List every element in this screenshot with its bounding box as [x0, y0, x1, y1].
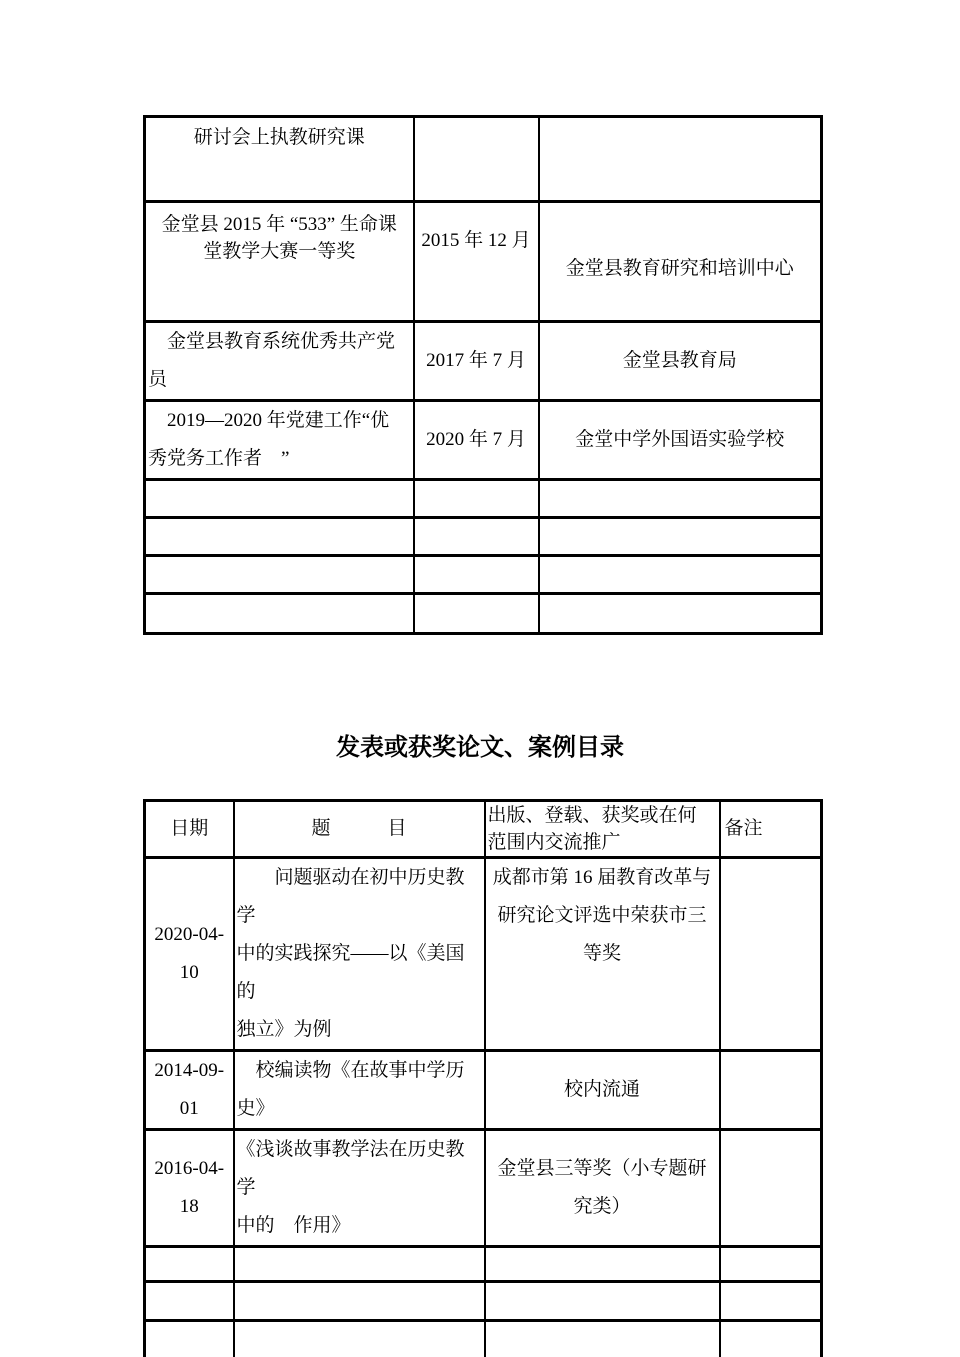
- award-name-cell: [145, 556, 414, 594]
- awards-empty-row: [145, 594, 822, 634]
- header-publication-cell: 出版、登载、获奖或在何 范围内交流推广: [485, 801, 720, 858]
- awards-row: 研讨会上执教研究课: [145, 117, 822, 202]
- paper-title-cell: [234, 1282, 485, 1321]
- paper-title-cell: [234, 1321, 485, 1357]
- award-name-cell: [145, 480, 414, 518]
- paper-date-cell: [145, 1247, 234, 1282]
- section-title: 发表或获奖论文、案例目录: [0, 731, 960, 765]
- paper-note-cell: [720, 1051, 822, 1130]
- papers-empty-row: [145, 1247, 822, 1282]
- award-org-cell: 金堂县教育局: [539, 322, 822, 401]
- award-date-cell: 2017 年 7 月: [414, 322, 539, 401]
- awards-row: 金堂县教育系统优秀共产党 员 2017 年 7 月 金堂县教育局: [145, 322, 822, 401]
- paper-date-cell: 2020-04- 10: [145, 858, 234, 1051]
- awards-row: 2019—2020 年党建工作“优 秀党务工作者 ” 2020 年 7 月 金堂…: [145, 401, 822, 480]
- awards-empty-row: [145, 480, 822, 518]
- awards-table: 研讨会上执教研究课 金堂县 2015 年 “533” 生命课 堂教学大赛一等奖 …: [143, 115, 823, 635]
- award-date-cell: [414, 556, 539, 594]
- awards-empty-row: [145, 556, 822, 594]
- awards-row: 金堂县 2015 年 “533” 生命课 堂教学大赛一等奖 2015 年 12 …: [145, 202, 822, 322]
- award-date-cell: [414, 518, 539, 556]
- papers-row: 2014-09- 01 校编读物《在故事中学历 史》 校内流通: [145, 1051, 822, 1130]
- header-note-cell: 备注: [720, 801, 822, 858]
- award-date-cell: 2015 年 12 月: [414, 202, 539, 322]
- document-page: 研讨会上执教研究课 金堂县 2015 年 “533” 生命课 堂教学大赛一等奖 …: [0, 0, 960, 1357]
- paper-date-cell: [145, 1321, 234, 1357]
- papers-empty-row: [145, 1321, 822, 1357]
- award-date-cell: [414, 480, 539, 518]
- papers-row: 2020-04- 10 问题驱动在初中历史教学 中的实践探究——以《美国的 独立…: [145, 858, 822, 1051]
- paper-publication-cell: 金堂县三等奖（小专题研 究类）: [485, 1130, 720, 1247]
- award-date-cell: [414, 117, 539, 202]
- paper-title-cell: 《浅谈故事教学法在历史教学 中的 作用》: [234, 1130, 485, 1247]
- award-name-cell: [145, 594, 414, 634]
- papers-table: 日期 题 目 出版、登载、获奖或在何 范围内交流推广 备注 2020-04- 1…: [143, 799, 823, 1357]
- paper-date-cell: 2014-09- 01: [145, 1051, 234, 1130]
- paper-publication-cell: 校内流通: [485, 1051, 720, 1130]
- paper-note-cell: [720, 1247, 822, 1282]
- award-name-cell: [145, 518, 414, 556]
- award-name-cell: 金堂县教育系统优秀共产党 员: [145, 322, 414, 401]
- paper-date-cell: [145, 1282, 234, 1321]
- award-org-cell: [539, 594, 822, 634]
- award-name-cell: 2019—2020 年党建工作“优 秀党务工作者 ”: [145, 401, 414, 480]
- paper-note-cell: [720, 858, 822, 1051]
- award-org-cell: [539, 117, 822, 202]
- award-date-cell: [414, 594, 539, 634]
- award-org-cell: 金堂中学外国语实验学校: [539, 401, 822, 480]
- paper-note-cell: [720, 1282, 822, 1321]
- awards-empty-row: [145, 518, 822, 556]
- paper-note-cell: [720, 1130, 822, 1247]
- award-org-cell: [539, 480, 822, 518]
- award-name-cell: 研讨会上执教研究课: [145, 117, 414, 202]
- paper-publication-cell: 成都市第 16 届教育改革与 研究论文评选中荣获市三 等奖: [485, 858, 720, 1051]
- header-title-cell: 题 目: [234, 801, 485, 858]
- papers-row: 2016-04- 18 《浅谈故事教学法在历史教学 中的 作用》 金堂县三等奖（…: [145, 1130, 822, 1247]
- paper-title-cell: [234, 1247, 485, 1282]
- award-org-cell: [539, 518, 822, 556]
- papers-header-row: 日期 题 目 出版、登载、获奖或在何 范围内交流推广 备注: [145, 801, 822, 858]
- award-org-cell: 金堂县教育研究和培训中心: [539, 202, 822, 322]
- paper-publication-cell: [485, 1321, 720, 1357]
- paper-publication-cell: [485, 1247, 720, 1282]
- award-date-cell: 2020 年 7 月: [414, 401, 539, 480]
- paper-date-cell: 2016-04- 18: [145, 1130, 234, 1247]
- paper-title-cell: 校编读物《在故事中学历 史》: [234, 1051, 485, 1130]
- header-date-cell: 日期: [145, 801, 234, 858]
- papers-empty-row: [145, 1282, 822, 1321]
- award-org-cell: [539, 556, 822, 594]
- paper-publication-cell: [485, 1282, 720, 1321]
- paper-note-cell: [720, 1321, 822, 1357]
- award-name-cell: 金堂县 2015 年 “533” 生命课 堂教学大赛一等奖: [145, 202, 414, 322]
- paper-title-cell: 问题驱动在初中历史教学 中的实践探究——以《美国的 独立》为例: [234, 858, 485, 1051]
